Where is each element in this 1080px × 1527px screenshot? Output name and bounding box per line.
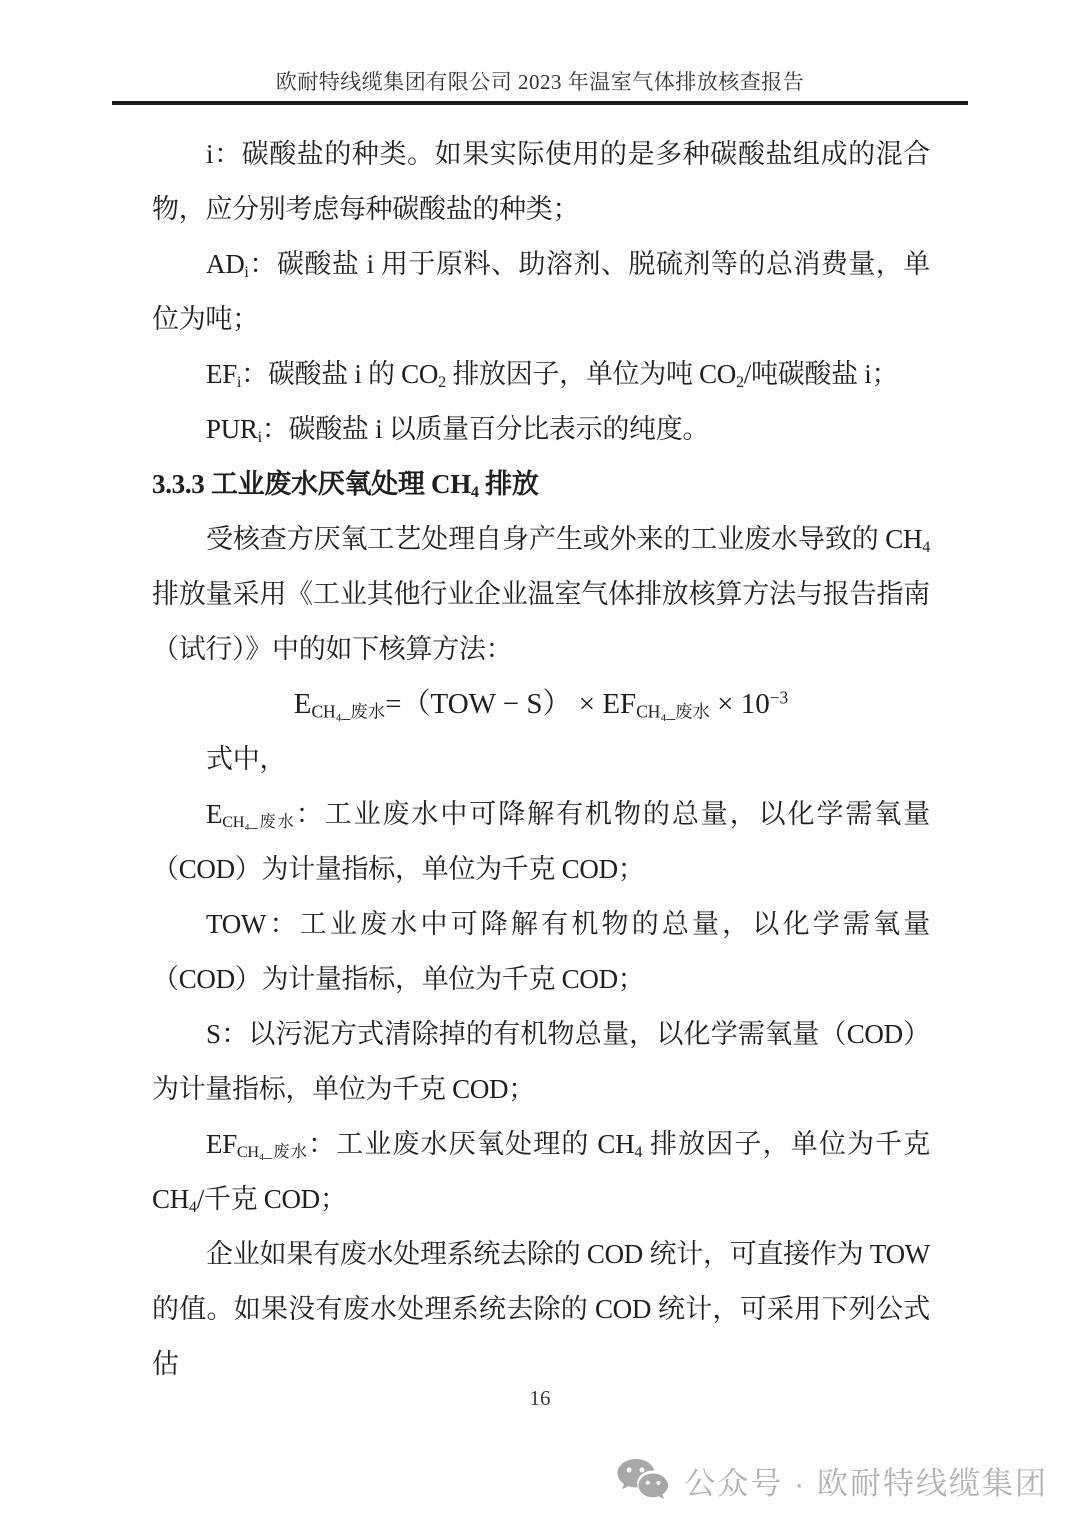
header-title: 欧耐特线缆集团有限公司 2023 年温室气体排放核查报告	[112, 70, 968, 94]
para-carbonate-type: i：碳酸盐的种类。如果实际使用的是多种碳酸盐组成的混合物，应分别考虑每种碳酸盐的…	[152, 127, 930, 237]
footer-account-label: 公众号 · 欧耐特线缆集团	[684, 1458, 1048, 1503]
para-pur-def: PURi：碳酸盐 i 以质量百分比表示的纯度。	[152, 402, 930, 457]
footer-watermark: 公众号 · 欧耐特线缆集团	[616, 1457, 1048, 1503]
formula-ech4: ECH₄_废水=（TOW − S） × EFCH₄_废水 × 10−3	[152, 677, 930, 732]
document-body: i：碳酸盐的种类。如果实际使用的是多种碳酸盐组成的混合物，应分别考虑每种碳酸盐的…	[0, 127, 1080, 1392]
para-method-intro: 受核查方厌氧工艺处理自身产生或外来的工业废水导致的 CH4排放量采用《工业其他行…	[152, 512, 930, 677]
para-efch4-term: EFCH₄_废水：工业废水厌氧处理的 CH4 排放因子，单位为千克 CH4/千克…	[152, 1117, 930, 1227]
para-e-term: ECH₄_废水：工业废水中可降解有机物的总量，以化学需氧量（COD）为计量指标，…	[152, 787, 930, 897]
document-page: 欧耐特线缆集团有限公司 2023 年温室气体排放核查报告 i：碳酸盐的种类。如果…	[0, 0, 1080, 1527]
wechat-icon	[616, 1457, 668, 1503]
para-s-term: S：以污泥方式清除掉的有机物总量，以化学需氧量（COD）为计量指标，单位为千克 …	[152, 1007, 930, 1117]
para-tow-term: TOW：工业废水中可降解有机物的总量，以化学需氧量（COD）为计量指标，单位为千…	[152, 897, 930, 1007]
para-cod-note: 企业如果有废水处理系统去除的 COD 统计，可直接作为 TOW 的值。如果没有废…	[152, 1227, 930, 1392]
para-ef-def: EFi：碳酸盐 i 的 CO2 排放因子，单位为吨 CO2/吨碳酸盐 i；	[152, 347, 930, 402]
heading-3-3-3: 3.3.3 工业废水厌氧处理 CH4 排放	[152, 457, 930, 512]
page-header: 欧耐特线缆集团有限公司 2023 年温室气体排放核查报告	[112, 0, 968, 105]
para-ad-def: ADi：碳酸盐 i 用于原料、助溶剂、脱硫剂等的总消费量，单位为吨；	[152, 237, 930, 347]
para-where: 式中，	[152, 732, 930, 787]
page-number: 16	[0, 1386, 1080, 1411]
